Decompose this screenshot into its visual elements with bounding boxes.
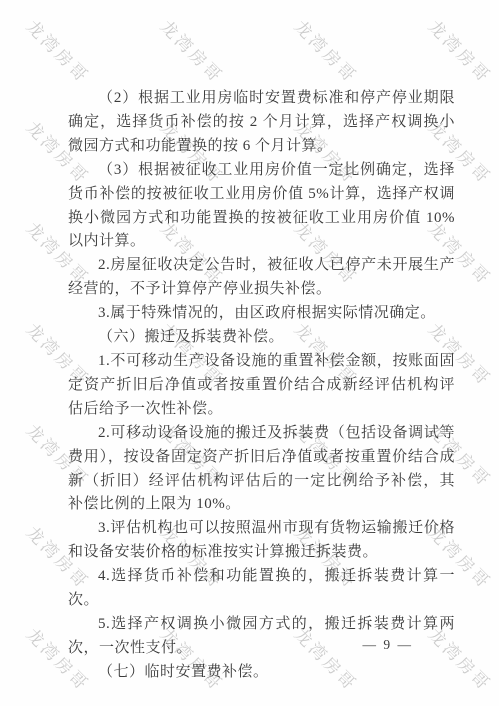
paragraph: （六）搬迁及拆装费补偿。 <box>68 326 455 350</box>
paragraph: 3.属于特殊情况的，由区政府根据实际情况确定。 <box>68 302 455 326</box>
document-page: 龙湾房哥龙湾房哥龙湾房哥龙湾房哥龙湾房哥龙湾房哥龙湾房哥龙湾房哥龙湾房哥龙湾房哥… <box>0 0 499 706</box>
watermark-text: 龙湾房哥 <box>22 13 96 87</box>
watermark-text: 龙湾房哥 <box>156 13 230 87</box>
document-body: （2）根据工业用房临时安置费标准和停产停业期限确定，选择货币补偿的按 2 个月计… <box>68 87 455 685</box>
paragraph: 2.房屋征收决定公告时，被征收人已停产未开展生产经营的，不予计算停产停业损失补偿… <box>68 254 455 302</box>
watermark-text: 龙湾房哥 <box>290 13 364 87</box>
paragraph: （3）根据被征收工业用房价值一定比例确定，选择货币补偿的按被征收工业用房价值 5… <box>68 159 455 255</box>
paragraph: 1.不可移动生产设备设施的重置补偿金额，按账面固定资产折旧后净值或者按重置价结合… <box>68 350 455 422</box>
paragraph: （2）根据工业用房临时安置费标准和停产停业期限确定，选择货币补偿的按 2 个月计… <box>68 87 455 159</box>
watermark-text: 龙湾房哥 <box>424 13 498 87</box>
paragraph: （七）临时安置费补偿。 <box>68 661 455 685</box>
paragraph: 4.选择货币补偿和功能置换的，搬迁拆装费计算一次。 <box>68 565 455 613</box>
page-number: — 9 — <box>363 637 414 653</box>
paragraph: 2.可移动设备设施的搬迁及拆装费（包括设备调试等费用），按设备固定资产折旧后净值… <box>68 422 455 518</box>
paragraph: 3.评估机构也可以按照温州市现有货物运输搬迁价格和设备安装价格的标准按实计算搬迁… <box>68 517 455 565</box>
